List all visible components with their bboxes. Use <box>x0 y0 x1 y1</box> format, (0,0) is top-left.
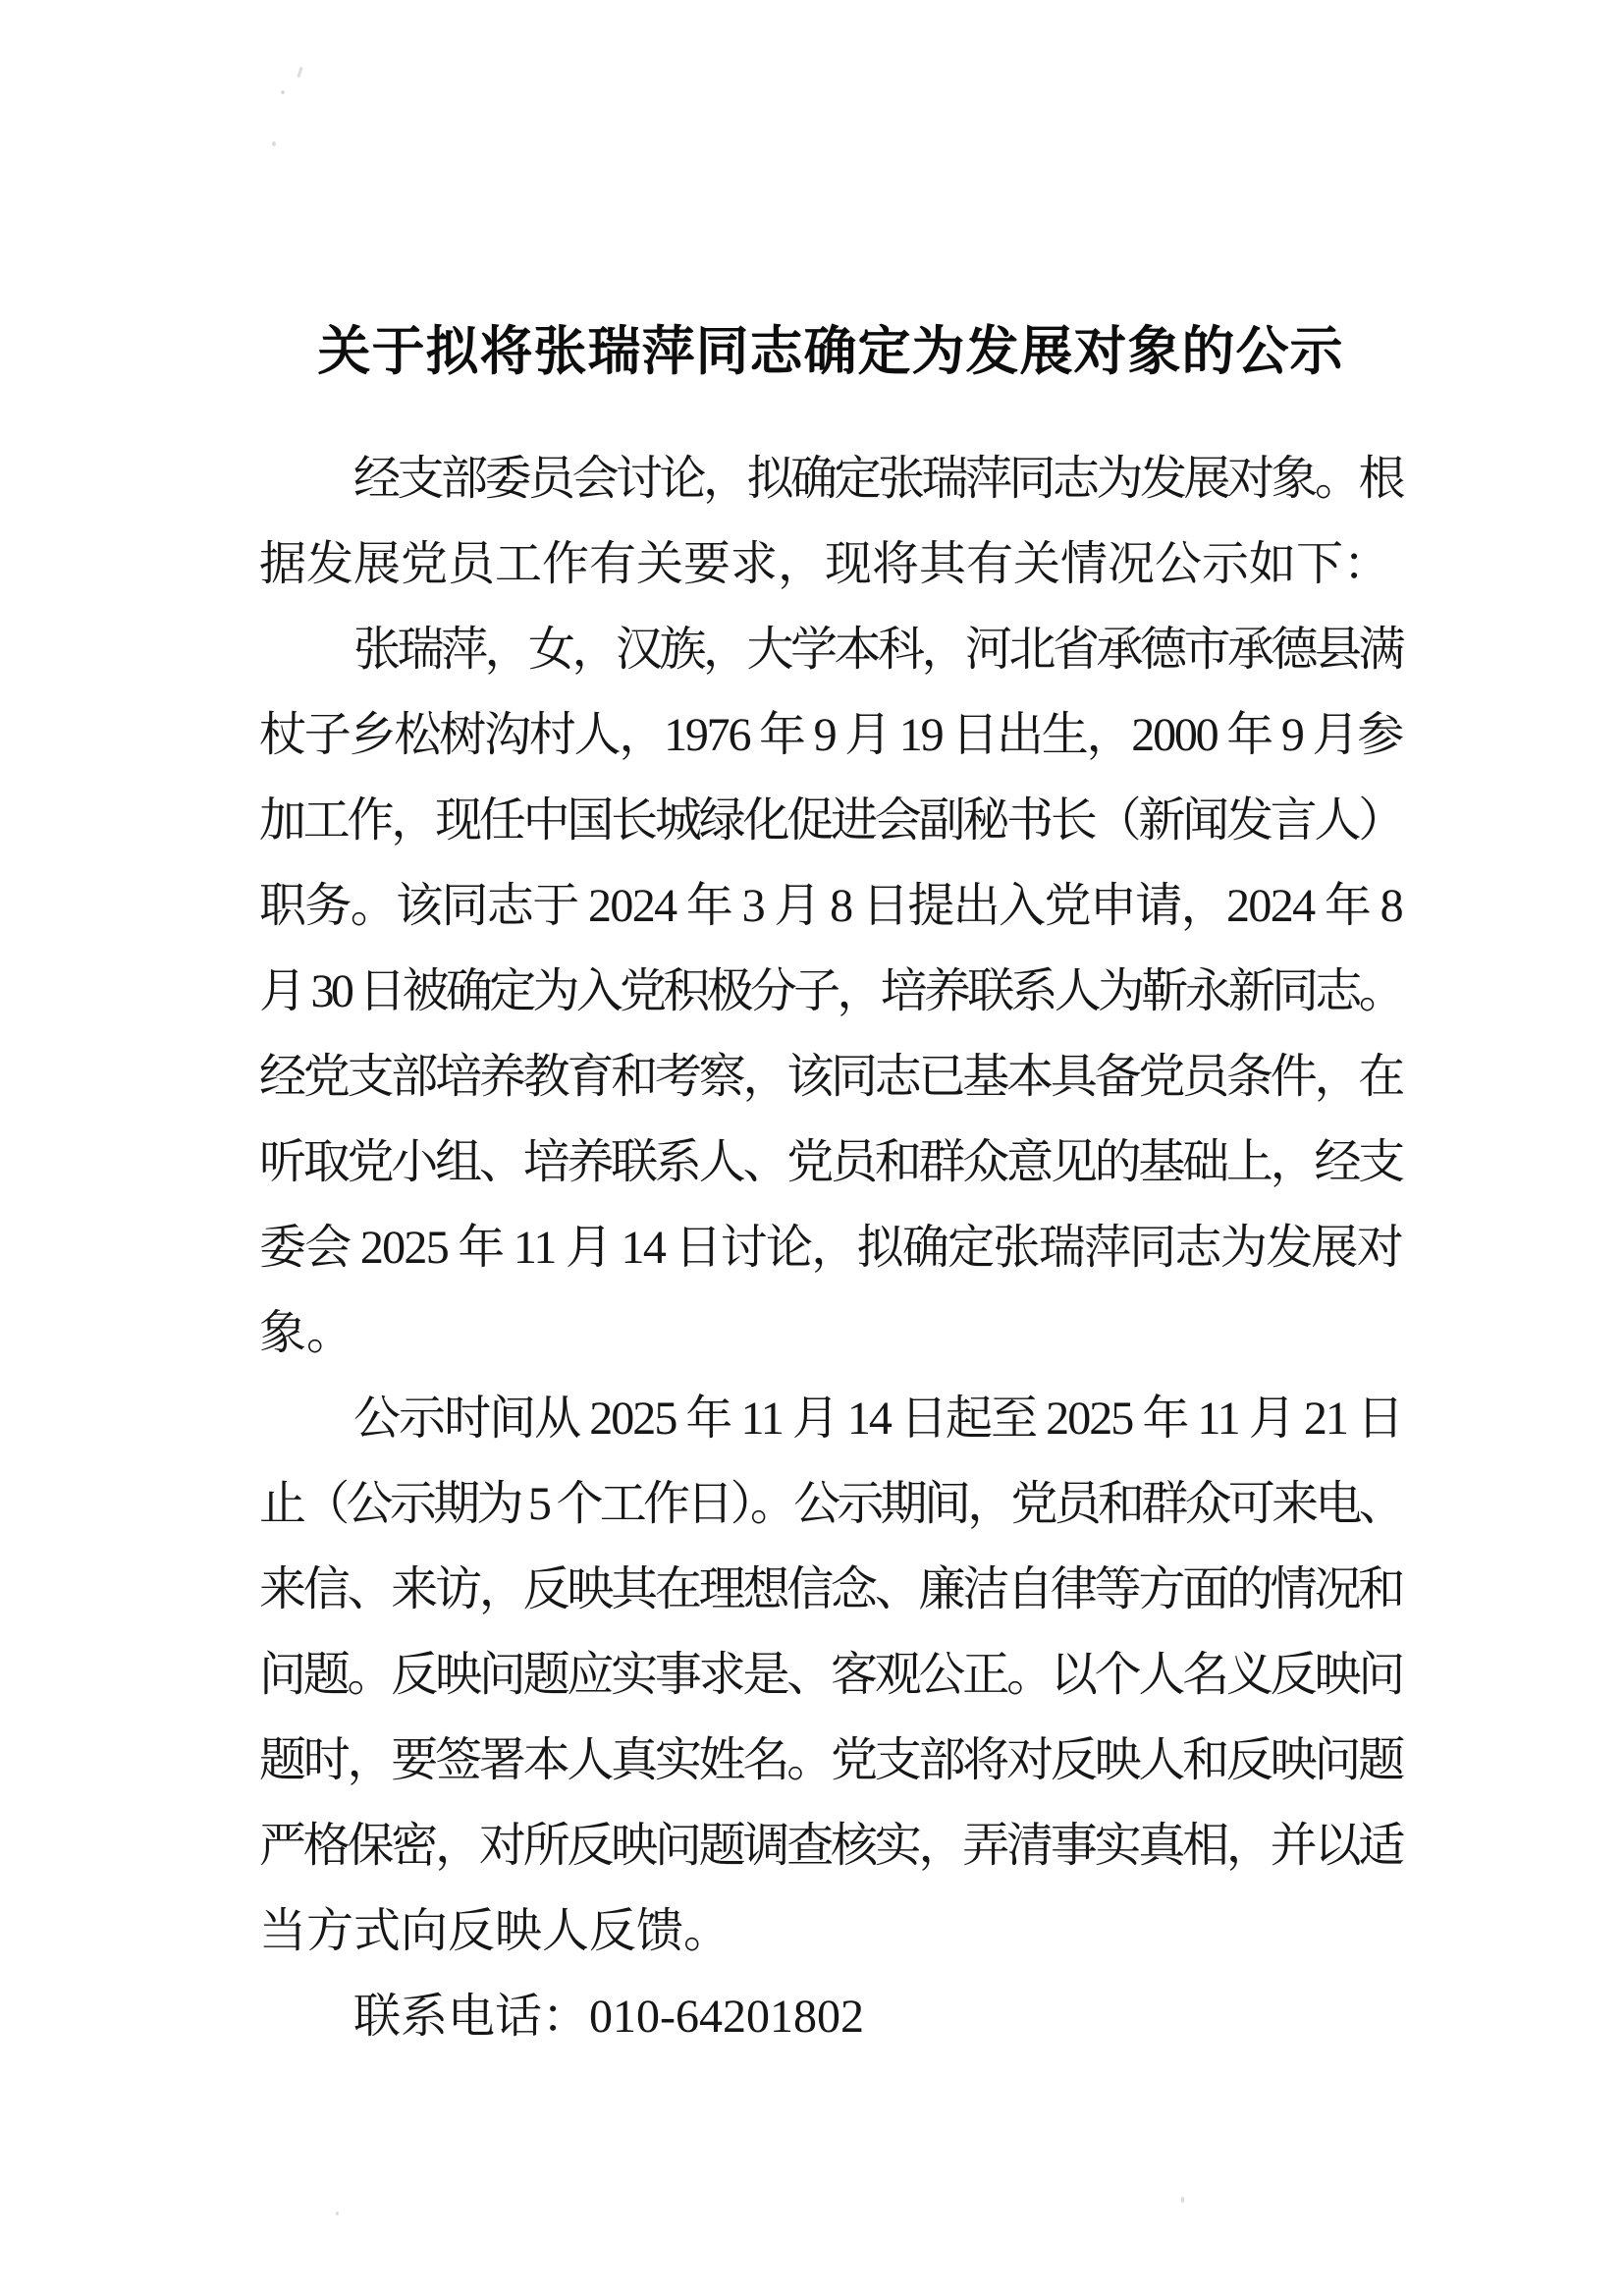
document-line: 当方式向反映人反馈。 <box>259 1888 1402 1974</box>
document-line: 据发展党员工作有关要求，现将其有关情况公示如下： <box>259 521 1402 607</box>
document-line: 问题。反映问题应实事求是、客观公正。以个人名义反映问 <box>259 1632 1402 1718</box>
scan-artifact <box>281 90 285 94</box>
document-line-text: 严格保密，对所反映问题调查核实，弄清事实真相，并以适 <box>259 1820 1402 1872</box>
document-line: 来信、来访，反映其在理想信念、廉洁自律等方面的情况和 <box>259 1547 1402 1632</box>
document-line-text: 张瑞萍，女，汉族，大学本科，河北省承德市承德县满 <box>353 624 1402 676</box>
document-line: 委会 2025 年 11 月 14 日讨论，拟确定张瑞萍同志为发展对 <box>259 1205 1402 1290</box>
document-line: 严格保密，对所反映问题调查核实，弄清事实真相，并以适 <box>259 1803 1402 1888</box>
document-line: 联系电话：010-64201802 <box>259 1974 1402 2059</box>
document-line-text: 加工作，现任中国长城绿化促进会副秘书长（新闻发言人） <box>259 794 1402 847</box>
document-line: 经党支部培养教育和考察，该同志已基本具备党员条件，在 <box>259 1034 1402 1120</box>
scan-artifact <box>1181 2197 1184 2203</box>
document-line-text: 象。 <box>259 1307 353 1359</box>
document-line: 张瑞萍，女，汉族，大学本科，河北省承德市承德县满 <box>259 607 1402 692</box>
document-line-text: 月 30 日被确定为入党积极分子，培养联系人为靳永新同志。 <box>259 965 1402 1017</box>
document-line-text: 听取党小组、培养联系人、党员和群众意见的基础上，经支 <box>259 1136 1402 1188</box>
document-line-text: 当方式向反映人反馈。 <box>259 1905 731 1957</box>
document-line: 止（公示期为 5 个工作日）。公示期间，党员和群众可来电、 <box>259 1461 1402 1547</box>
document-line: 月 30 日被确定为入党积极分子，培养联系人为靳永新同志。 <box>259 949 1402 1034</box>
document-line-text: 题时，要签署本人真实姓名。党支部将对反映人和反映问题 <box>259 1734 1402 1786</box>
document-line: 象。 <box>259 1290 1402 1376</box>
document-line: 经支部委员会讨论，拟确定张瑞萍同志为发展对象。根 <box>259 436 1402 521</box>
scanned-page: 关于拟将张瑞萍同志确定为发展对象的公示 经支部委员会讨论，拟确定张瑞萍同志为发展… <box>0 0 1624 2296</box>
document-line: 公示时间从 2025 年 11 月 14 日起至 2025 年 11 月 21 … <box>259 1376 1402 1461</box>
document-line-text: 来信、来访，反映其在理想信念、廉洁自律等方面的情况和 <box>259 1563 1402 1615</box>
scan-artifact <box>272 141 276 146</box>
document-line-text: 问题。反映问题应实事求是、客观公正。以个人名义反映问 <box>259 1649 1402 1701</box>
document-line: 加工作，现任中国长城绿化促进会副秘书长（新闻发言人） <box>259 778 1402 863</box>
scan-artifact <box>297 67 302 78</box>
scan-artifact <box>336 2212 339 2215</box>
document-line-text: 公示时间从 2025 年 11 月 14 日起至 2025 年 11 月 21 … <box>353 1393 1402 1445</box>
document-line-text: 职务。该同志于 2024 年 3 月 8 日提出入党申请，2024 年 8 <box>259 880 1402 932</box>
document-line: 听取党小组、培养联系人、党员和群众意见的基础上，经支 <box>259 1120 1402 1205</box>
document-line: 杖子乡松树沟村人，1976 年 9 月 19 日出生，2000 年 9 月参 <box>259 692 1402 778</box>
document-line-text: 委会 2025 年 11 月 14 日讨论，拟确定张瑞萍同志为发展对 <box>259 1222 1402 1274</box>
document-body: 经支部委员会讨论，拟确定张瑞萍同志为发展对象。根据发展党员工作有关要求，现将其有… <box>259 436 1402 2059</box>
document-title: 关于拟将张瑞萍同志确定为发展对象的公示 <box>259 312 1402 391</box>
document-line-text: 经支部委员会讨论，拟确定张瑞萍同志为发展对象。根 <box>353 453 1402 505</box>
document-line-text: 经党支部培养教育和考察，该同志已基本具备党员条件，在 <box>259 1051 1402 1103</box>
document-line-text: 联系电话：010-64201802 <box>353 1991 864 2043</box>
document: 关于拟将张瑞萍同志确定为发展对象的公示 经支部委员会讨论，拟确定张瑞萍同志为发展… <box>259 312 1402 2059</box>
document-line: 题时，要签署本人真实姓名。党支部将对反映人和反映问题 <box>259 1718 1402 1803</box>
document-line-text: 杖子乡松树沟村人，1976 年 9 月 19 日出生，2000 年 9 月参 <box>259 709 1402 761</box>
document-line: 职务。该同志于 2024 年 3 月 8 日提出入党申请，2024 年 8 <box>259 863 1402 949</box>
document-line-text: 止（公示期为 5 个工作日）。公示期间，党员和群众可来电、 <box>259 1478 1402 1530</box>
document-line-text: 据发展党员工作有关要求，现将其有关情况公示如下： <box>259 538 1390 590</box>
